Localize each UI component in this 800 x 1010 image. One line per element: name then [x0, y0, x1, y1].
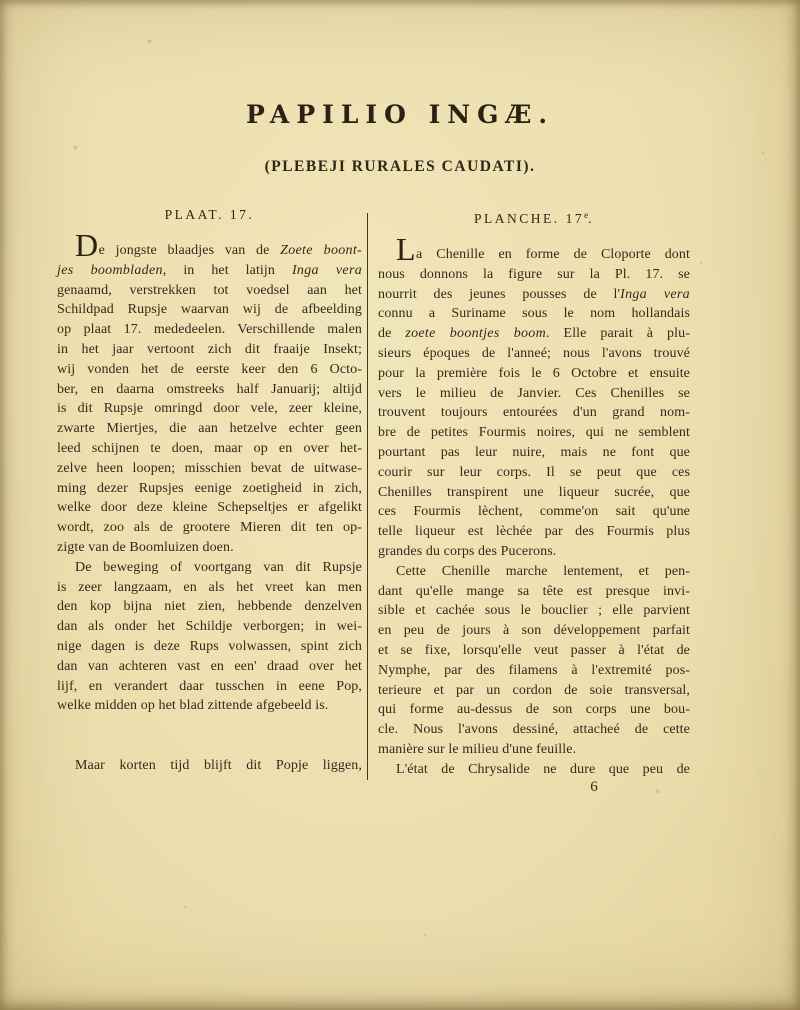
- text-line: lijf, en verandert daar tusschen in eene…: [57, 677, 362, 697]
- text-line: sieurs époques de l'anneé; nous l'avons …: [378, 344, 690, 364]
- text-line: et se fixe, lorsqu'elle veut passer à l'…: [378, 641, 690, 661]
- text-line: ming dezer Rupsjes eenige zoetigheid in …: [57, 479, 362, 499]
- text-line: courir sur leur corps. Il se peut que ce…: [378, 463, 690, 483]
- text-line: De beweging of voortgang van dit Rupsje: [57, 558, 362, 578]
- page-subtitle: (PLEBEJI RURALES CAUDATI).: [0, 156, 800, 178]
- text-line: manière sur le milieu d'une feuille.: [378, 740, 690, 760]
- foxing-spot: [184, 906, 186, 908]
- text-line: Nymphe, par des filamens à l'extremité p…: [378, 661, 690, 681]
- left-column-heading: PLAAT. 17.: [57, 205, 362, 225]
- text-line: dan van achteren vast en een' draad over…: [57, 657, 362, 677]
- text-line: wij vonden het de eerste keer den 6 Octo…: [57, 360, 362, 380]
- text-line: Cette Chenille marche lentement, et pen-: [378, 562, 690, 582]
- text-line: en peu de jours à son développement parf…: [378, 621, 690, 641]
- column-divider-rule: [367, 213, 368, 780]
- text-line: zwarte Miertjes, die aan hetzelve echter…: [57, 419, 362, 439]
- foxing-spot: [74, 146, 77, 149]
- text-line: bre de petites Fourmis noires, qui ne se…: [378, 423, 690, 443]
- text-line: dan als onder het Schildje verborgen; in…: [57, 617, 362, 637]
- text-line: L'état de Chrysalide ne dure que peu de: [378, 760, 690, 780]
- text-line: nourrit des jeunes pousses de l'Inga ver…: [378, 285, 690, 305]
- text-line: zigte van de Boomluizen doen.: [57, 538, 362, 558]
- text-line: grandes du corps des Pucerons.: [378, 542, 690, 562]
- text-line: genaamd, verstrekken tot voedsel aan het: [57, 281, 362, 301]
- text-line: vers le milieu de Janvier. Ces Chenilles…: [378, 384, 690, 404]
- text-line: wordt, zoo als de grootere Mieren dit te…: [57, 518, 362, 538]
- drop-cap-initial: D: [75, 227, 99, 263]
- text-line: terieure et par un cordon de soie transv…: [378, 681, 690, 701]
- text-line: is zeer langzaam, en als het vreet kan m…: [57, 578, 362, 598]
- text-line: welke midden op het blad zittende afgebe…: [57, 696, 362, 716]
- foxing-spot: [700, 262, 702, 264]
- text-line: Schildpad Rupsje waarvan wij de afbeeldi…: [57, 300, 362, 320]
- book-page-scan: PAPILIO INGÆ. (PLEBEJI RURALES CAUDATI).…: [0, 0, 800, 1010]
- text-line: is dit Rupsje omringd door vele, zeer kl…: [57, 399, 362, 419]
- drop-cap-initial: L: [396, 231, 416, 267]
- text-line: dant qu'elle mange sa tête est presque i…: [378, 582, 690, 602]
- right-heading-dot: .: [588, 211, 594, 226]
- text-line: Maar korten tijd blijft dit Popje liggen…: [57, 756, 362, 776]
- text-line: jes boombladen, in het latijn Inga vera: [57, 261, 362, 281]
- text-line: ces Fourmis lèchent, comme'on sait qu'un…: [378, 502, 690, 522]
- text-line: den kop bijna niet zien, hebbende denzel…: [57, 597, 362, 617]
- foxing-spot: [656, 790, 659, 793]
- text-line: telle liqueur est lèchée par des Fourmis…: [378, 522, 690, 542]
- text-line: nige dagen is deze Rups volwassen, spint…: [57, 637, 362, 657]
- foxing-spot: [148, 40, 151, 43]
- text-line: connu a Suriname sous le nom hollandais: [378, 304, 690, 324]
- text-line: op plaat 17. mededeelen. Verschillende m…: [57, 320, 362, 340]
- text-line: zelve heen loopen; misschien bevat de ui…: [57, 459, 362, 479]
- text-line: Chenilles transpirent une liqueur sucrée…: [378, 483, 690, 503]
- text-line: cle. Nous l'avons dessiné, attacheé de c…: [378, 720, 690, 740]
- right-heading-main: PLANCHE.: [474, 211, 566, 226]
- foxing-spot: [424, 934, 426, 936]
- text-line: pourtant pas leur nuire, mais ne font qu…: [378, 443, 690, 463]
- right-column-french: PLANCHE. 17e. La Chenille en forme de Cl…: [378, 205, 690, 780]
- page-title: PAPILIO INGÆ.: [0, 100, 800, 130]
- text-line: trouvent toujours entourées d'un grand n…: [378, 403, 690, 423]
- text-line: de zoete boontjes boom. Elle parait à pl…: [378, 324, 690, 344]
- text-line: ber, en daarna omstreeks half Januarij; …: [57, 380, 362, 400]
- text-line: qui forme au-dessus de son corps une bou…: [378, 700, 690, 720]
- text-line: sible et cachée sous le bouclier ; elle …: [378, 601, 690, 621]
- text-line: leed schijnen te doen, maar op en over h…: [57, 439, 362, 459]
- text-line: La Chenille en forme de Cloporte dont: [378, 245, 690, 265]
- text-line: pour la première fois le 6 Octobre et en…: [378, 364, 690, 384]
- left-column-dutch: PLAAT. 17. De jongste blaadjes van de Zo…: [57, 205, 362, 776]
- right-column-text: La Chenille en forme de Cloporte dontnou…: [378, 245, 690, 780]
- right-heading-number: 17: [566, 211, 585, 226]
- text-line: welke door deze kleine Schepseltjes er a…: [57, 498, 362, 518]
- right-column-heading: PLANCHE. 17e.: [378, 205, 690, 229]
- text-line: in het jaar vertoont zich dit fraaije In…: [57, 340, 362, 360]
- paragraph-gap: [57, 716, 362, 756]
- foxing-spot: [762, 152, 764, 154]
- page-number: 6: [580, 777, 608, 797]
- left-column-text: De jongste blaadjes van de Zoete boont-j…: [57, 241, 362, 776]
- text-line: De jongste blaadjes van de Zoete boont-: [57, 241, 362, 261]
- text-line: nous donnons la figure sur la Pl. 17. se: [378, 265, 690, 285]
